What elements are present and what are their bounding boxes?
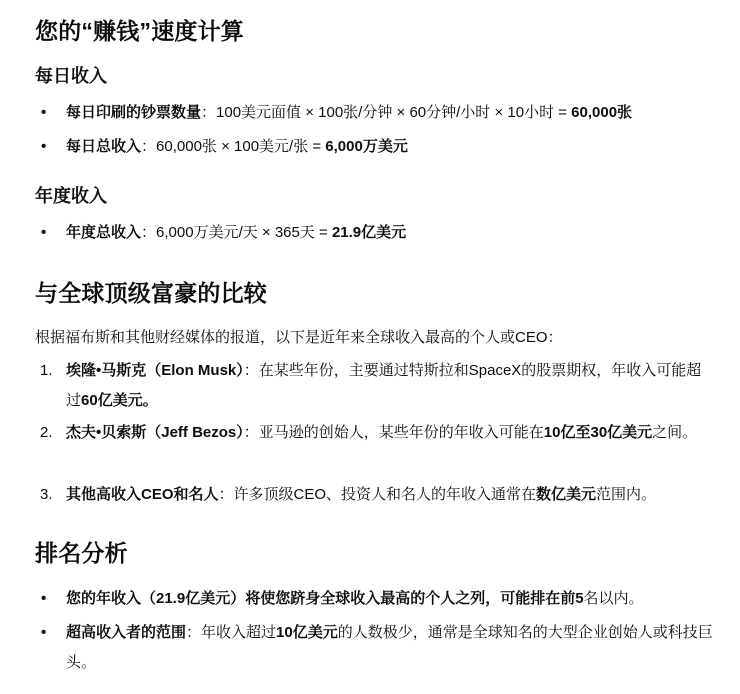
bullet-icon: •	[41, 98, 46, 128]
heading-ranking: 排名分析	[35, 538, 128, 568]
comparison-intro: 根据福布斯和其他财经媒体的报道，以下是近年来全球收入最高的个人或CEO：	[35, 326, 563, 350]
item-result: 21.9亿美元	[332, 224, 406, 241]
item-label: 每日总收入	[66, 138, 141, 155]
item-formula: 6,000万美元/天 × 365天 =	[156, 224, 332, 241]
list-number: 3.	[40, 480, 53, 510]
list-number: 1.	[40, 356, 53, 386]
item-label: 年度总收入	[66, 224, 141, 241]
heading-comparison: 与全球顶级富豪的比较	[35, 278, 267, 308]
bullet-icon: •	[41, 618, 46, 648]
person-name: 埃隆•马斯克（Elon Musk）	[66, 362, 244, 379]
bullet-icon: •	[41, 132, 46, 162]
item-result: 6,000万美元	[325, 138, 408, 155]
heading-annual-income: 年度收入	[35, 184, 107, 208]
list-number: 2.	[40, 418, 53, 448]
person-name: 其他高收入CEO和名人	[66, 486, 219, 503]
person-name: 杰夫•贝索斯（Jeff Bezos）	[66, 424, 244, 441]
bullet-icon: •	[41, 218, 46, 248]
item-result: 60,000张	[571, 104, 632, 121]
item-formula: 100美元面值 × 100张/分钟 × 60分钟/小时 × 10小时 =	[216, 104, 571, 121]
heading-daily-income: 每日收入	[35, 64, 107, 88]
heading-speed-calc: 您的“赚钱”速度计算	[35, 16, 244, 46]
item-formula: 60,000张 × 100美元/张 =	[156, 138, 325, 155]
item-label: 每日印刷的钞票数量	[66, 104, 201, 121]
bullet-icon: •	[41, 584, 46, 614]
